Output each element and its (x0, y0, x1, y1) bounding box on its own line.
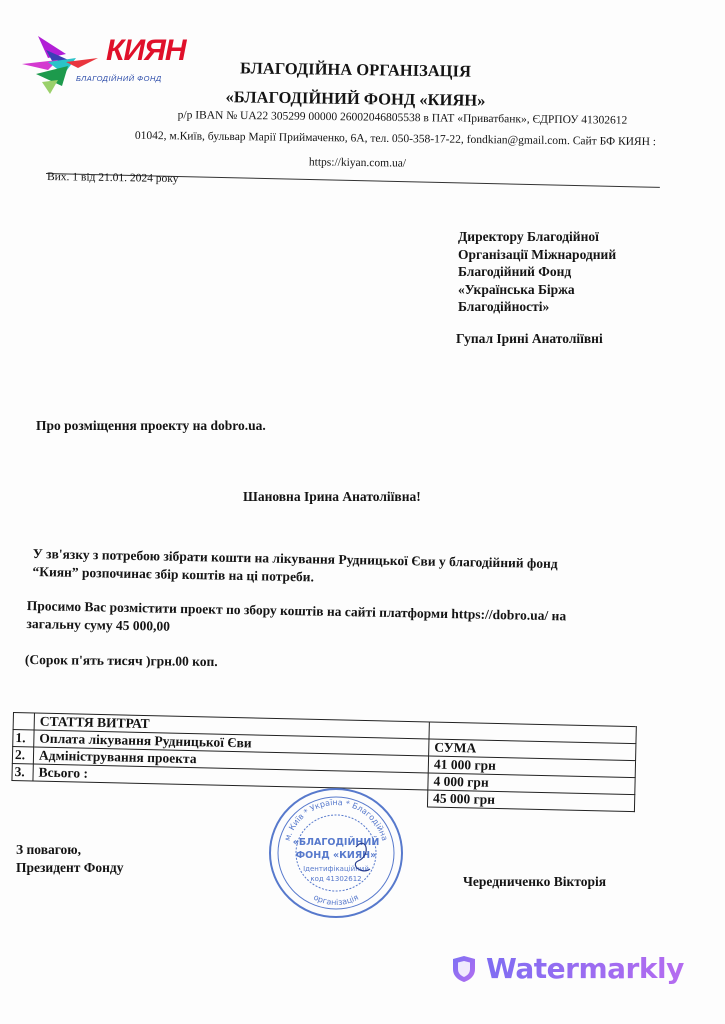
row-sum-total: 45 000 грн (427, 790, 634, 812)
empty-cell (12, 780, 33, 797)
svg-text:«БЛАГОДІЙНИЙ: «БЛАГОДІЙНИЙ (293, 836, 380, 848)
addressee-line: Директору Благодійної (458, 228, 658, 246)
watermark-text: Watermarkly (486, 952, 684, 985)
signoff-block: З повагою, Президент Фонду (16, 841, 124, 877)
paragraph-request: Просимо Вас розмістити проект по збору к… (26, 597, 566, 643)
addressee-line: Організації Міжнародний (458, 246, 658, 264)
website-url: https://kiyan.com.ua/ (0, 153, 720, 174)
addressee-line: Благодійний Фонд (458, 263, 658, 281)
outgoing-reference: Вих. 1 від 21.01. 2024 року (47, 171, 179, 185)
addressee-block: Директору Благодійної Організації Міжнар… (458, 228, 658, 316)
signer-position: Президент Фонду (16, 859, 124, 877)
header-num-cell (13, 713, 34, 730)
letter-subject: Про розміщення проекту на dobro.ua. (36, 418, 266, 434)
regards-text: З повагою, (16, 841, 124, 859)
addressee-line: Благодійності» (458, 298, 658, 316)
amount-in-words: (Сорок п'ять тисяч )грн.00 коп. (25, 652, 218, 670)
svg-text:організація: організація (312, 893, 360, 908)
svg-text:м. Київ * Україна * Благодійна: м. Київ * Україна * Благодійна (283, 798, 390, 842)
svg-text:код 41302612: код 41302612 (310, 875, 361, 883)
official-seal: м. Київ * Україна * Благодійна організац… (266, 785, 406, 921)
addressee-name: Гупал Ірині Анатоліївні (456, 331, 603, 347)
letter-page: КИЯН БЛАГОДІЙНИЙ ФОНД БЛАГОДІЙНА ОРГАНІЗ… (0, 0, 725, 1024)
row-num: 1. (13, 730, 34, 747)
signer-name: Чередниченко Вікторія (463, 874, 606, 890)
salutation: Шановна Ірина Анатоліївна! (243, 489, 421, 505)
seal-stamp-icon: м. Київ * Україна * Благодійна організац… (266, 785, 406, 921)
addressee-line: «Українська Біржа (458, 281, 658, 299)
row-num: 3. (12, 763, 33, 780)
row-num: 2. (12, 747, 33, 764)
watermark-badge: Watermarkly (450, 952, 684, 985)
paragraph-purpose: У зв'язку з потребою зібрати кошти на лі… (32, 545, 558, 591)
address-contacts: 01042, м.Київ, бульвар Марії Приймаченко… (33, 129, 725, 150)
shield-icon (450, 954, 478, 984)
